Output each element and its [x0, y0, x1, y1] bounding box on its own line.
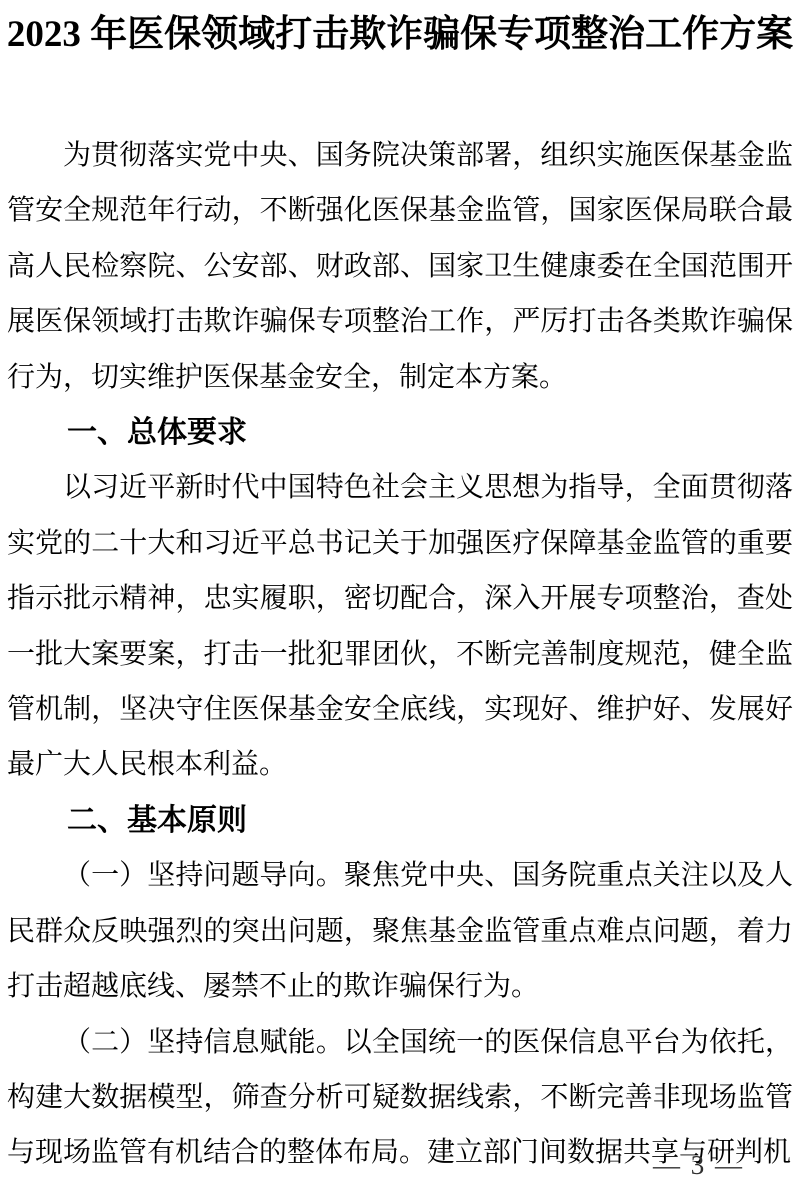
paragraph-intro: 为贯彻落实党中央、国务院决策部署，组织实施医保基金监管安全规范年行动，不断强化医…: [7, 128, 793, 405]
page-number: — 3 —: [653, 1150, 744, 1181]
paragraph-overall-requirements: 以习近平新时代中国特色社会主义思想为指导，全面贯彻落实党的二十大和习近平总书记关…: [7, 460, 793, 792]
document-page: 2023 年医保领域打击欺诈骗保专项整治工作方案 为贯彻落实党中央、国务院决策部…: [0, 8, 800, 1193]
document-body: 为贯彻落实党中央、国务院决策部署，组织实施医保基金监管安全规范年行动，不断强化医…: [7, 128, 793, 1181]
section-heading-overall-requirements: 一、总体要求: [7, 405, 793, 460]
section-heading-basic-principles: 二、基本原则: [7, 793, 793, 848]
document-title: 2023 年医保领域打击欺诈骗保专项整治工作方案: [4, 8, 796, 62]
paragraph-principle-1: （一）坚持问题导向。聚焦党中央、国务院重点关注以及人民群众反映强烈的突出问题，聚…: [7, 848, 793, 1014]
